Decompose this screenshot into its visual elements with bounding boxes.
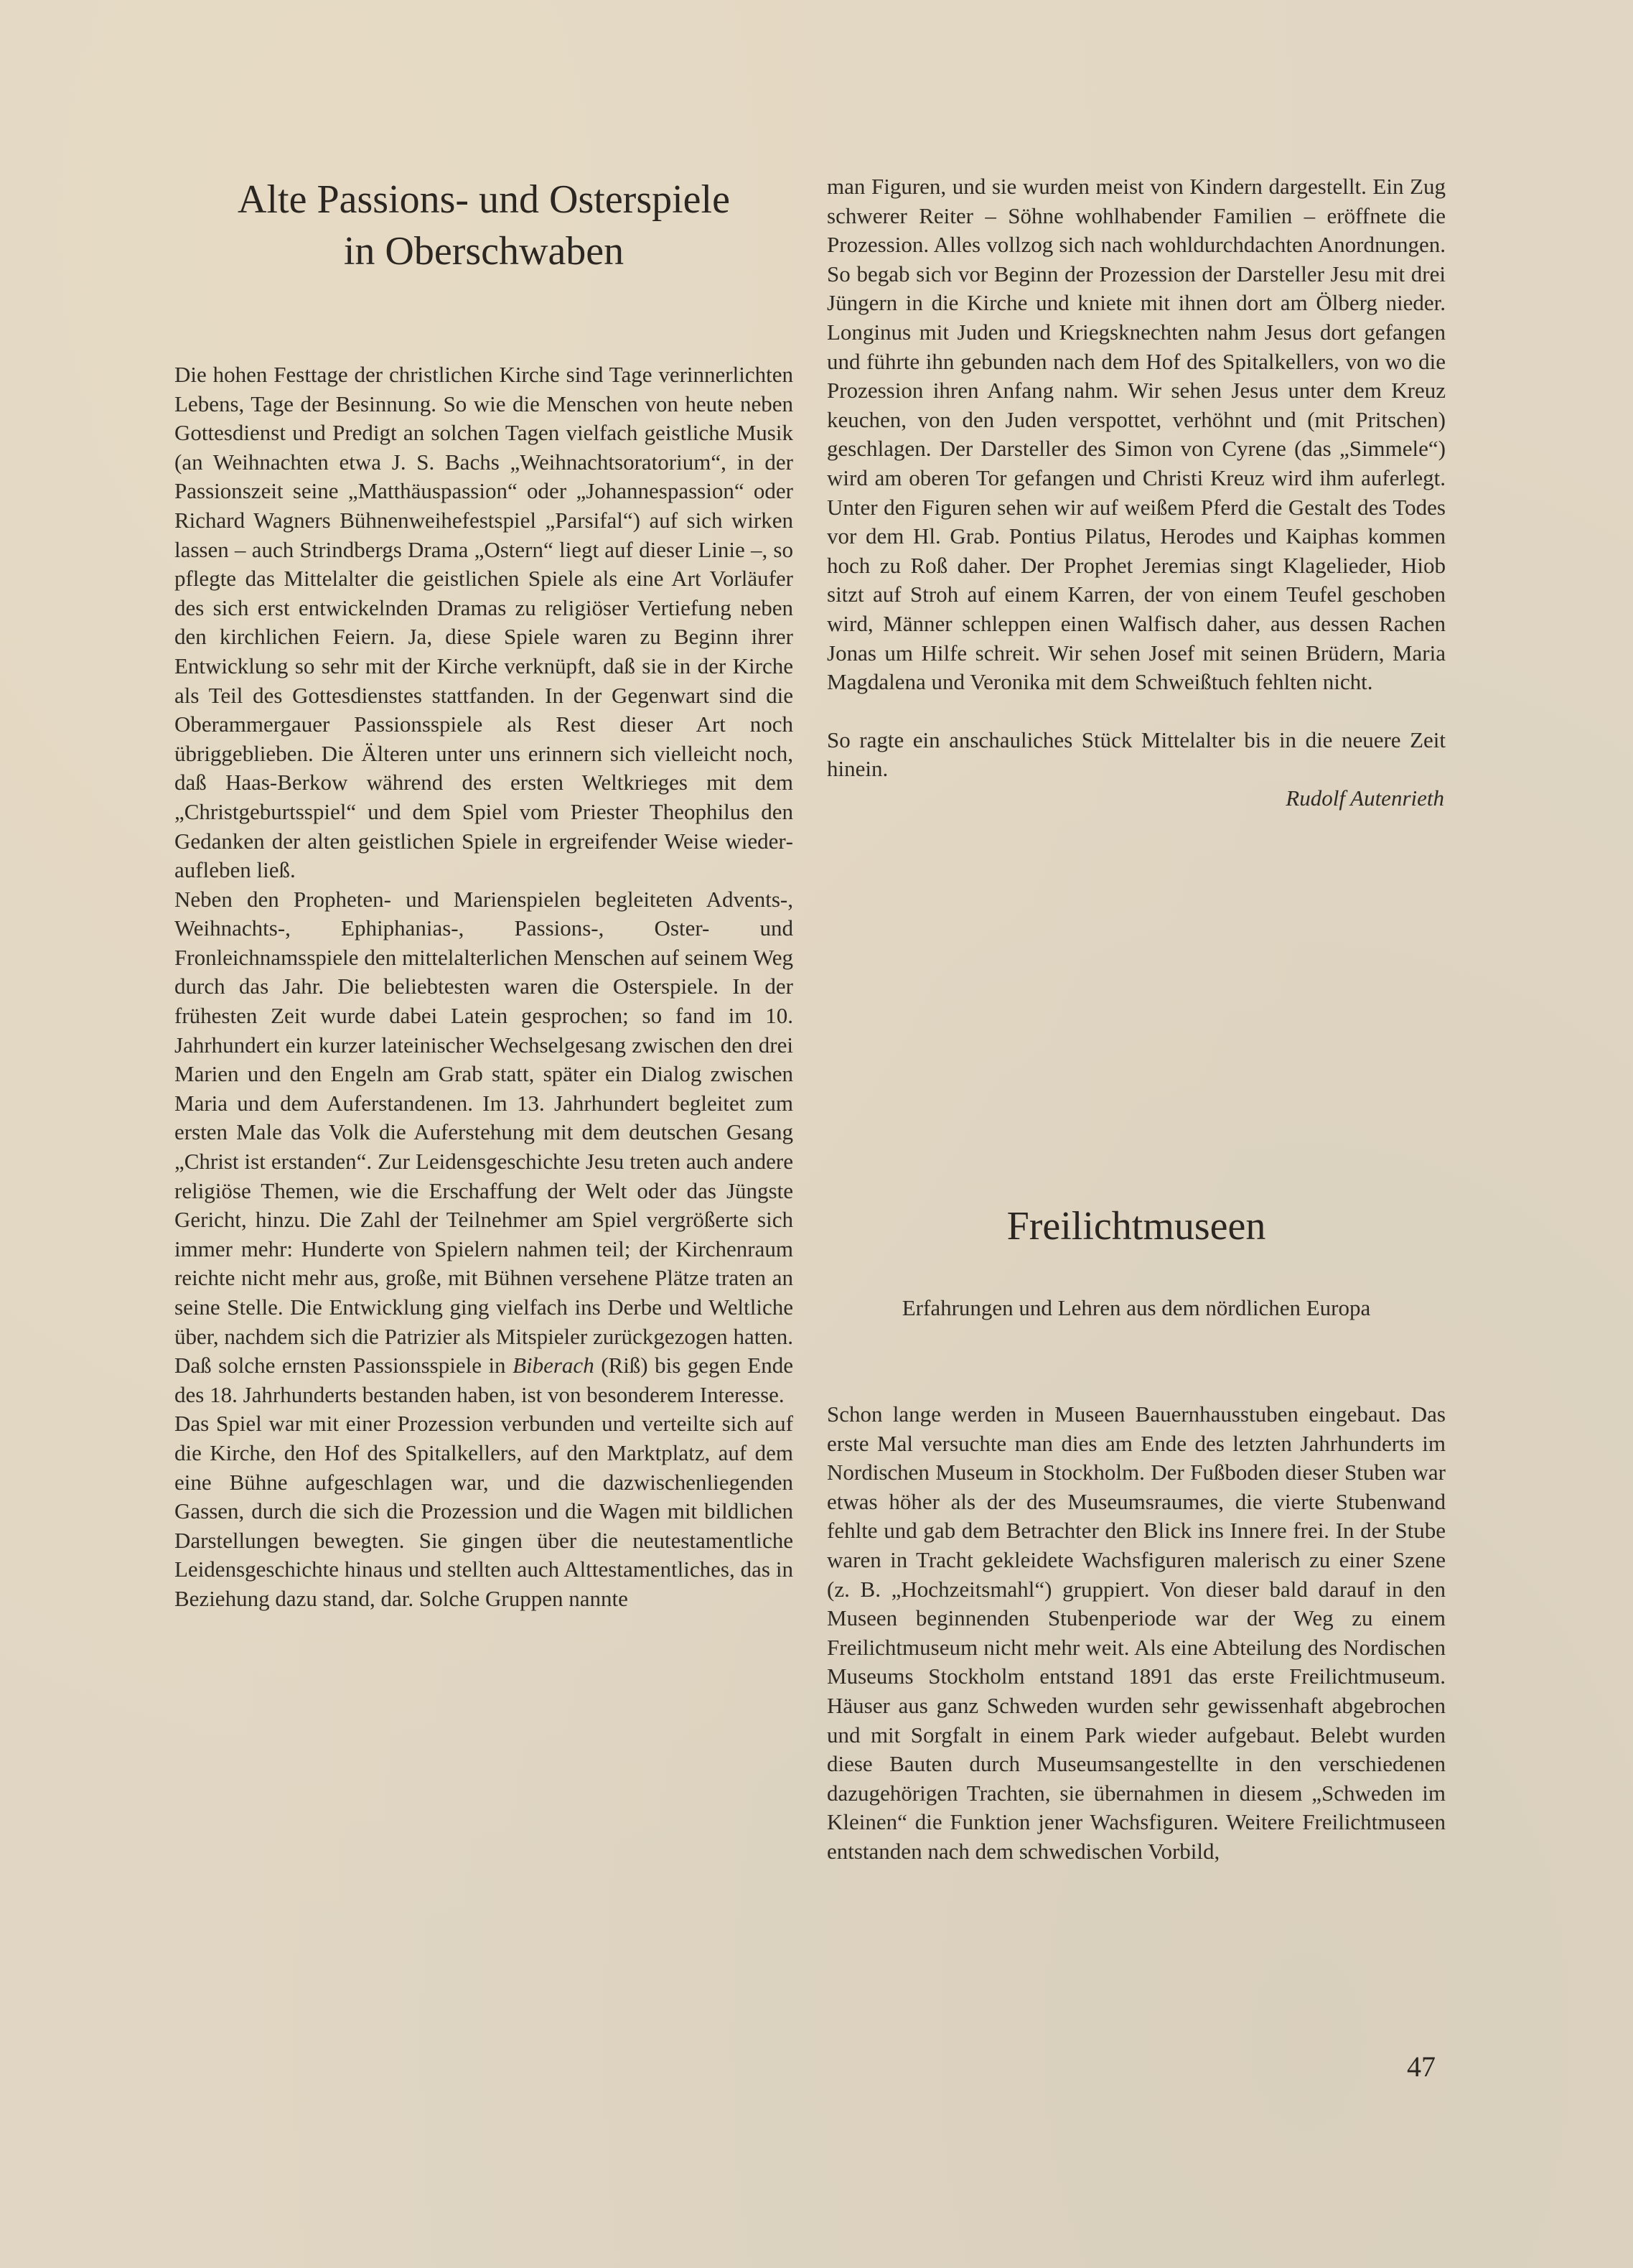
second-article-header: Freilichtmuseen Erfahrungen und Lehren a…	[827, 1198, 1446, 1323]
second-article-body: Schon lange werden in Museen Bauernhauss…	[827, 1400, 1446, 1867]
page-number: 47	[1407, 2050, 1436, 2084]
article-paragraph: Das Spiel war mit einer Prozession verbu…	[174, 1409, 793, 1613]
article-paragraph: Schon lange werden in Museen Bauernhauss…	[827, 1400, 1446, 1867]
article-title: Alte Passions- und Osterspiele in Obersc…	[174, 174, 793, 360]
second-article-subtitle: Erfahrungen und Lehren aus dem nördliche…	[827, 1294, 1446, 1323]
article-paragraph: Neben den Propheten- und Marienspielen b…	[174, 885, 793, 1410]
place-name-italic: Biberach	[513, 1353, 594, 1378]
right-column-continuation: man Figuren, und sie wurden meist von Ki…	[827, 172, 1446, 813]
second-article-title: Freilichtmuseen	[827, 1198, 1446, 1255]
author-signature: Rudolf Autenrieth	[827, 784, 1446, 813]
article-paragraph: So ragte ein anschauliches Stück Mittela…	[827, 726, 1446, 784]
article-paragraph: Die hohen Festtage der christlichen Kirc…	[174, 360, 793, 885]
article-title-line-1: Alte Passions- und Osterspiele	[238, 177, 730, 222]
left-column: Alte Passions- und Osterspiele in Obersc…	[174, 165, 793, 1614]
article-title-line-2: in Oberschwaben	[344, 229, 624, 274]
document-page: Alte Passions- und Osterspiele in Obersc…	[0, 0, 1633, 2268]
paragraph-text: Neben den Propheten- und Marienspielen b…	[174, 887, 793, 1378]
article-paragraph: man Figuren, und sie wurden meist von Ki…	[827, 172, 1446, 697]
